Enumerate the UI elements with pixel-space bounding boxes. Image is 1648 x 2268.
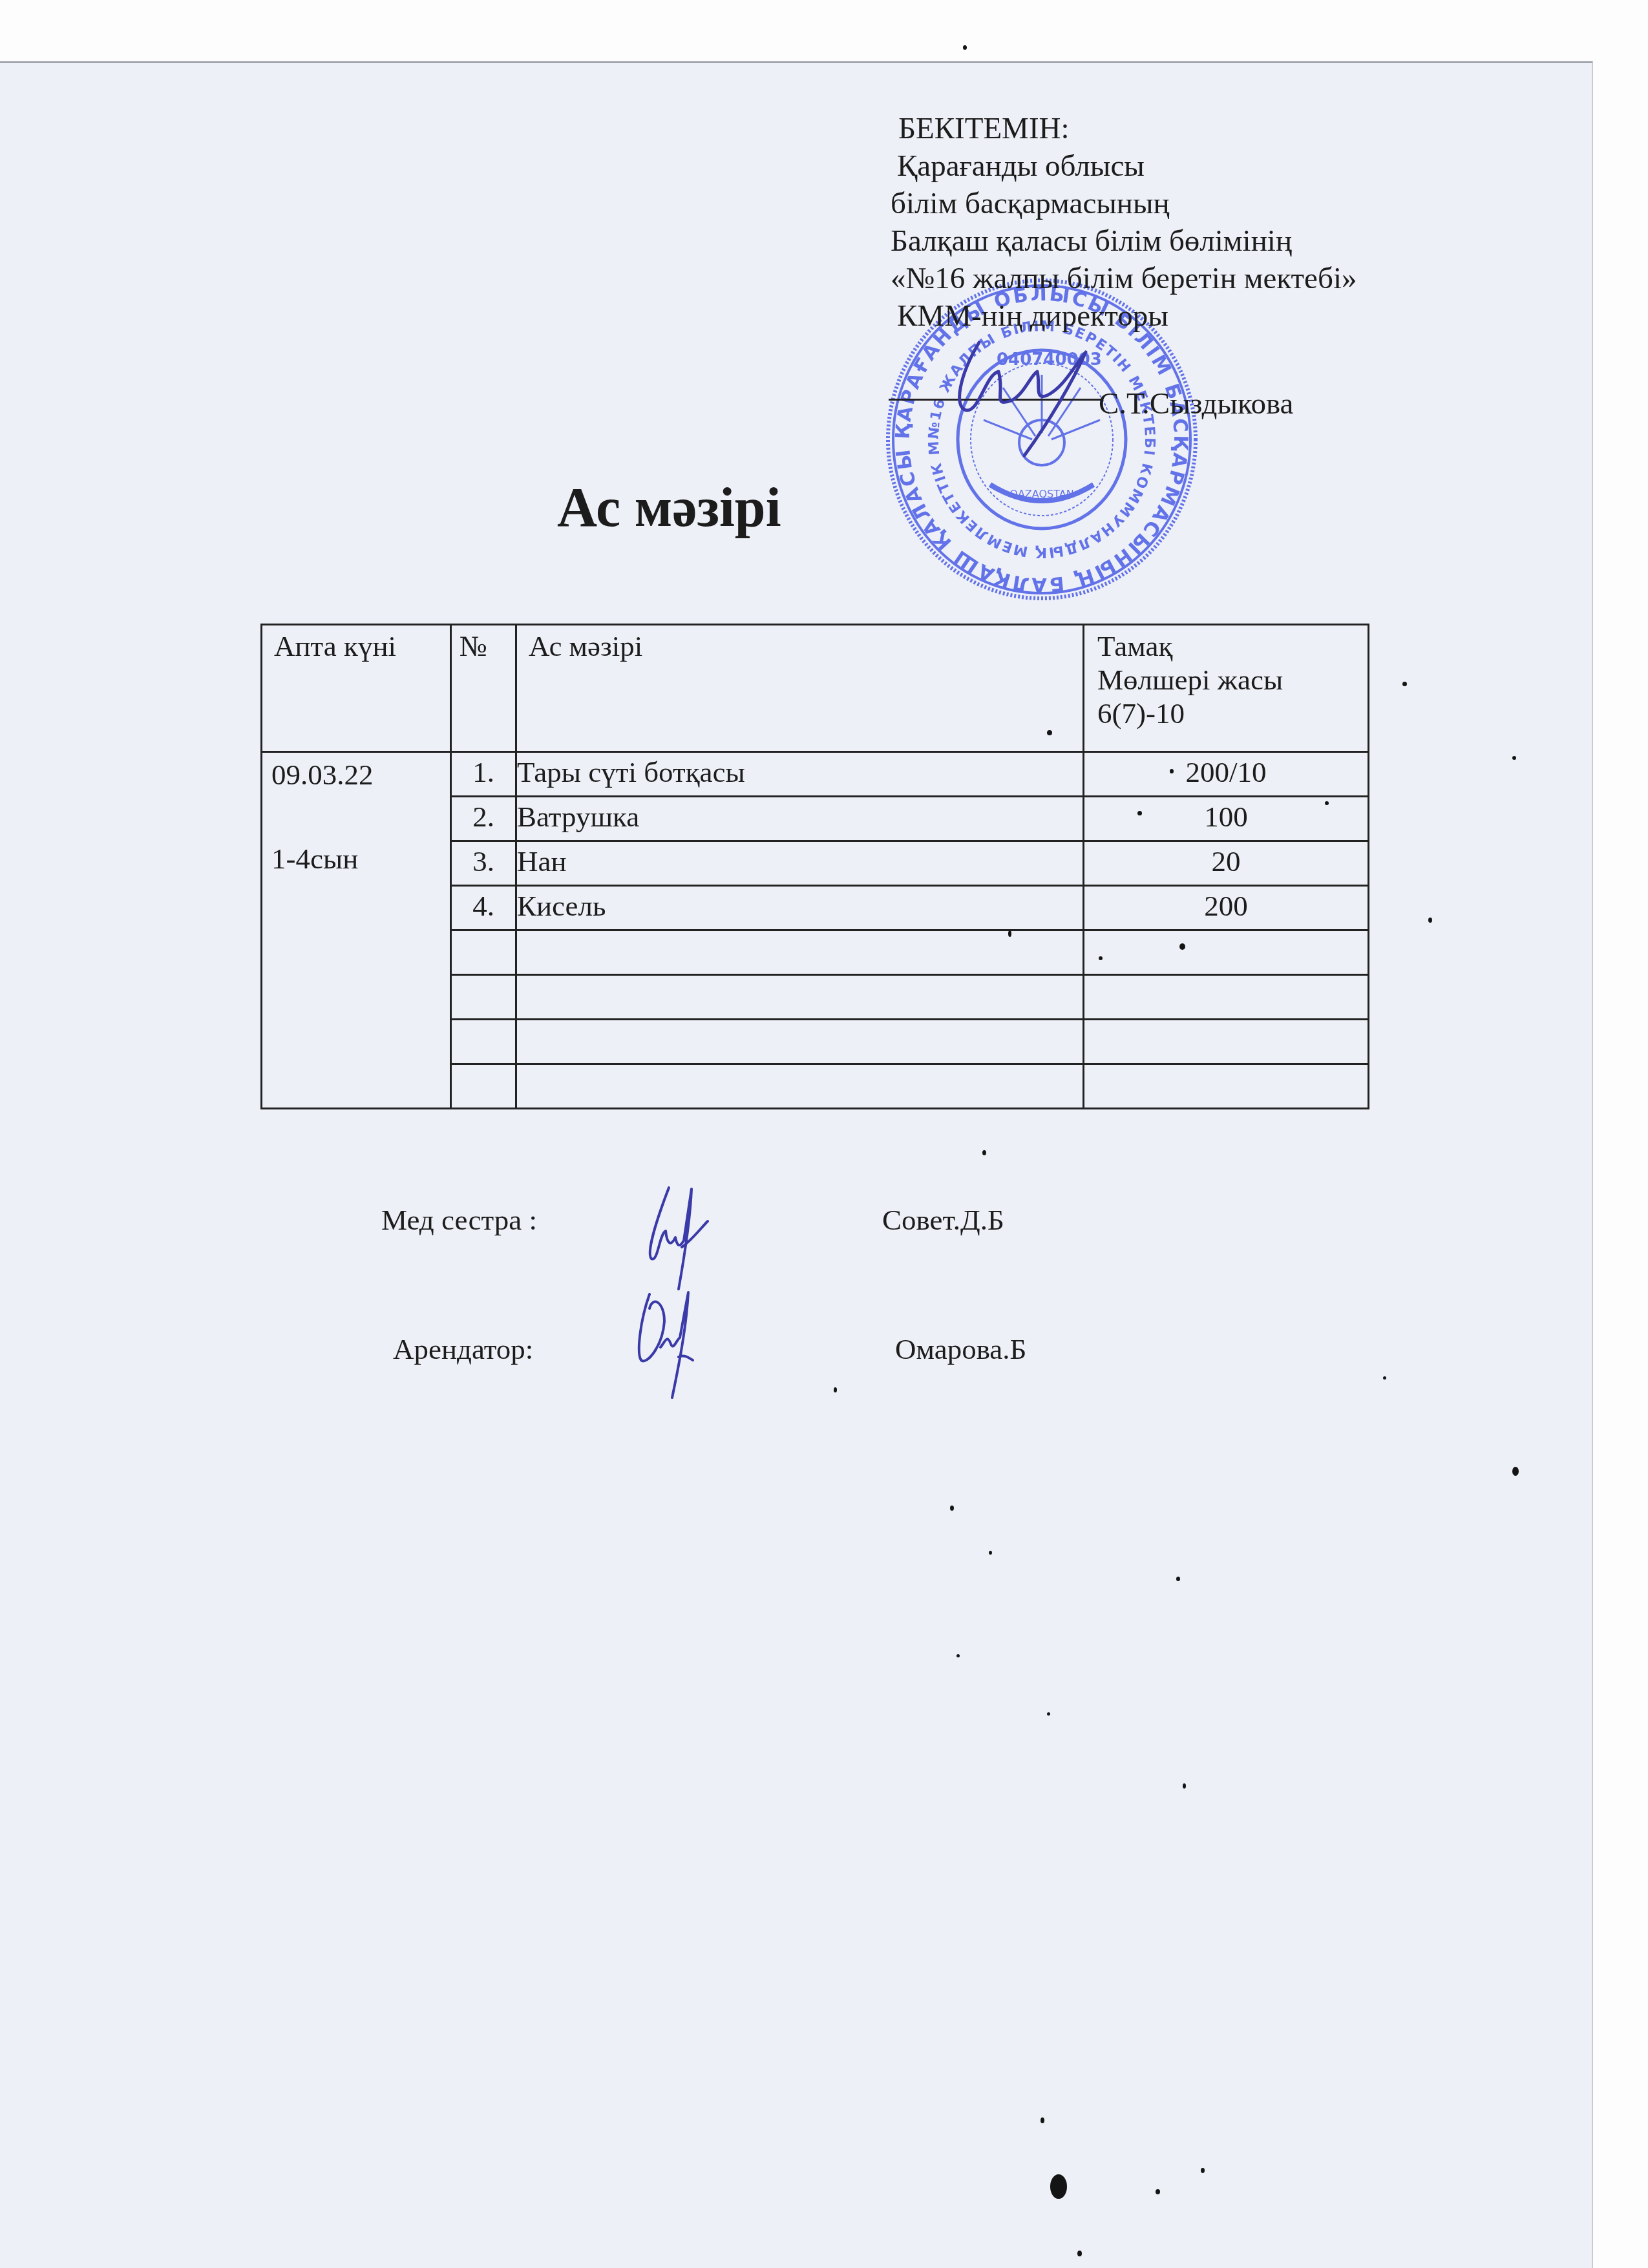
row-quantity [1084,930,1369,975]
row-number: 2. [451,797,516,841]
header-quantity: Тамақ Мөлшері жасы 6(7)-10 [1084,625,1369,752]
tenant-signature-icon [633,1289,704,1399]
row-dish [516,1020,1084,1064]
row-number: 1. [451,752,516,797]
row-dish: Ватрушка [516,797,1084,841]
table-row: 09.03.22 1-4сын 1. Тары сүті ботқасы 200… [262,752,1369,797]
approval-city-department: Балқаш қаласы білім бөлімінің [891,222,1357,260]
director-name: С.Т.Сыздыкова [1099,386,1293,421]
approval-region: Қарағанды облысы [891,147,1357,185]
director-signature-icon [953,336,1108,459]
row-number: 4. [451,886,516,930]
row-number [451,1020,516,1064]
row-dish [516,930,1084,975]
approval-block: БЕКІТЕМІН: Қарағанды облысы білім басқар… [891,110,1357,335]
menu-table: Апта күні № Ас мәзірі Тамақ Мөлшері жасы… [260,624,1369,1109]
menu-date: 09.03.22 [271,758,450,792]
row-quantity: 200/10 [1084,752,1369,797]
nurse-label: Мед сестра : [381,1203,537,1237]
day-cell: 09.03.22 1-4сын [262,752,451,1109]
menu-grades: 1-4сын [271,842,450,876]
approval-department: білім басқармасының [891,185,1357,222]
row-number [451,975,516,1020]
svg-text:QAZAQSTAN: QAZAQSTAN [1009,488,1073,500]
approval-position: КММ-нің директоры [891,297,1357,335]
header-number: № [451,625,516,752]
row-dish [516,975,1084,1020]
row-quantity: 20 [1084,841,1369,886]
row-dish [516,1064,1084,1109]
header-day: Апта күні [262,625,451,752]
row-number [451,1064,516,1109]
row-quantity: 200 [1084,886,1369,930]
tenant-label: Арендатор: [393,1332,533,1366]
approval-school: «№16 жалпы білім беретін мектебі» [891,260,1357,297]
row-quantity [1084,1064,1369,1109]
row-quantity [1084,975,1369,1020]
table-header-row: Апта күні № Ас мәзірі Тамақ Мөлшері жасы… [262,625,1369,752]
approval-heading: БЕКІТЕМІН: [891,110,1357,147]
page-title: Ас мәзірі [557,475,781,540]
nurse-name: Совет.Д.Б [882,1203,1004,1237]
tenant-name: Омарова.Б [895,1332,1026,1366]
document-page [0,61,1593,2268]
row-dish: Нан [516,841,1084,886]
header-dish: Ас мәзірі [516,625,1084,752]
row-number: 3. [451,841,516,886]
row-quantity [1084,1020,1369,1064]
row-number [451,930,516,975]
row-dish: Тары сүті ботқасы [516,752,1084,797]
nurse-signature-icon [640,1182,711,1292]
row-dish: Кисель [516,886,1084,930]
